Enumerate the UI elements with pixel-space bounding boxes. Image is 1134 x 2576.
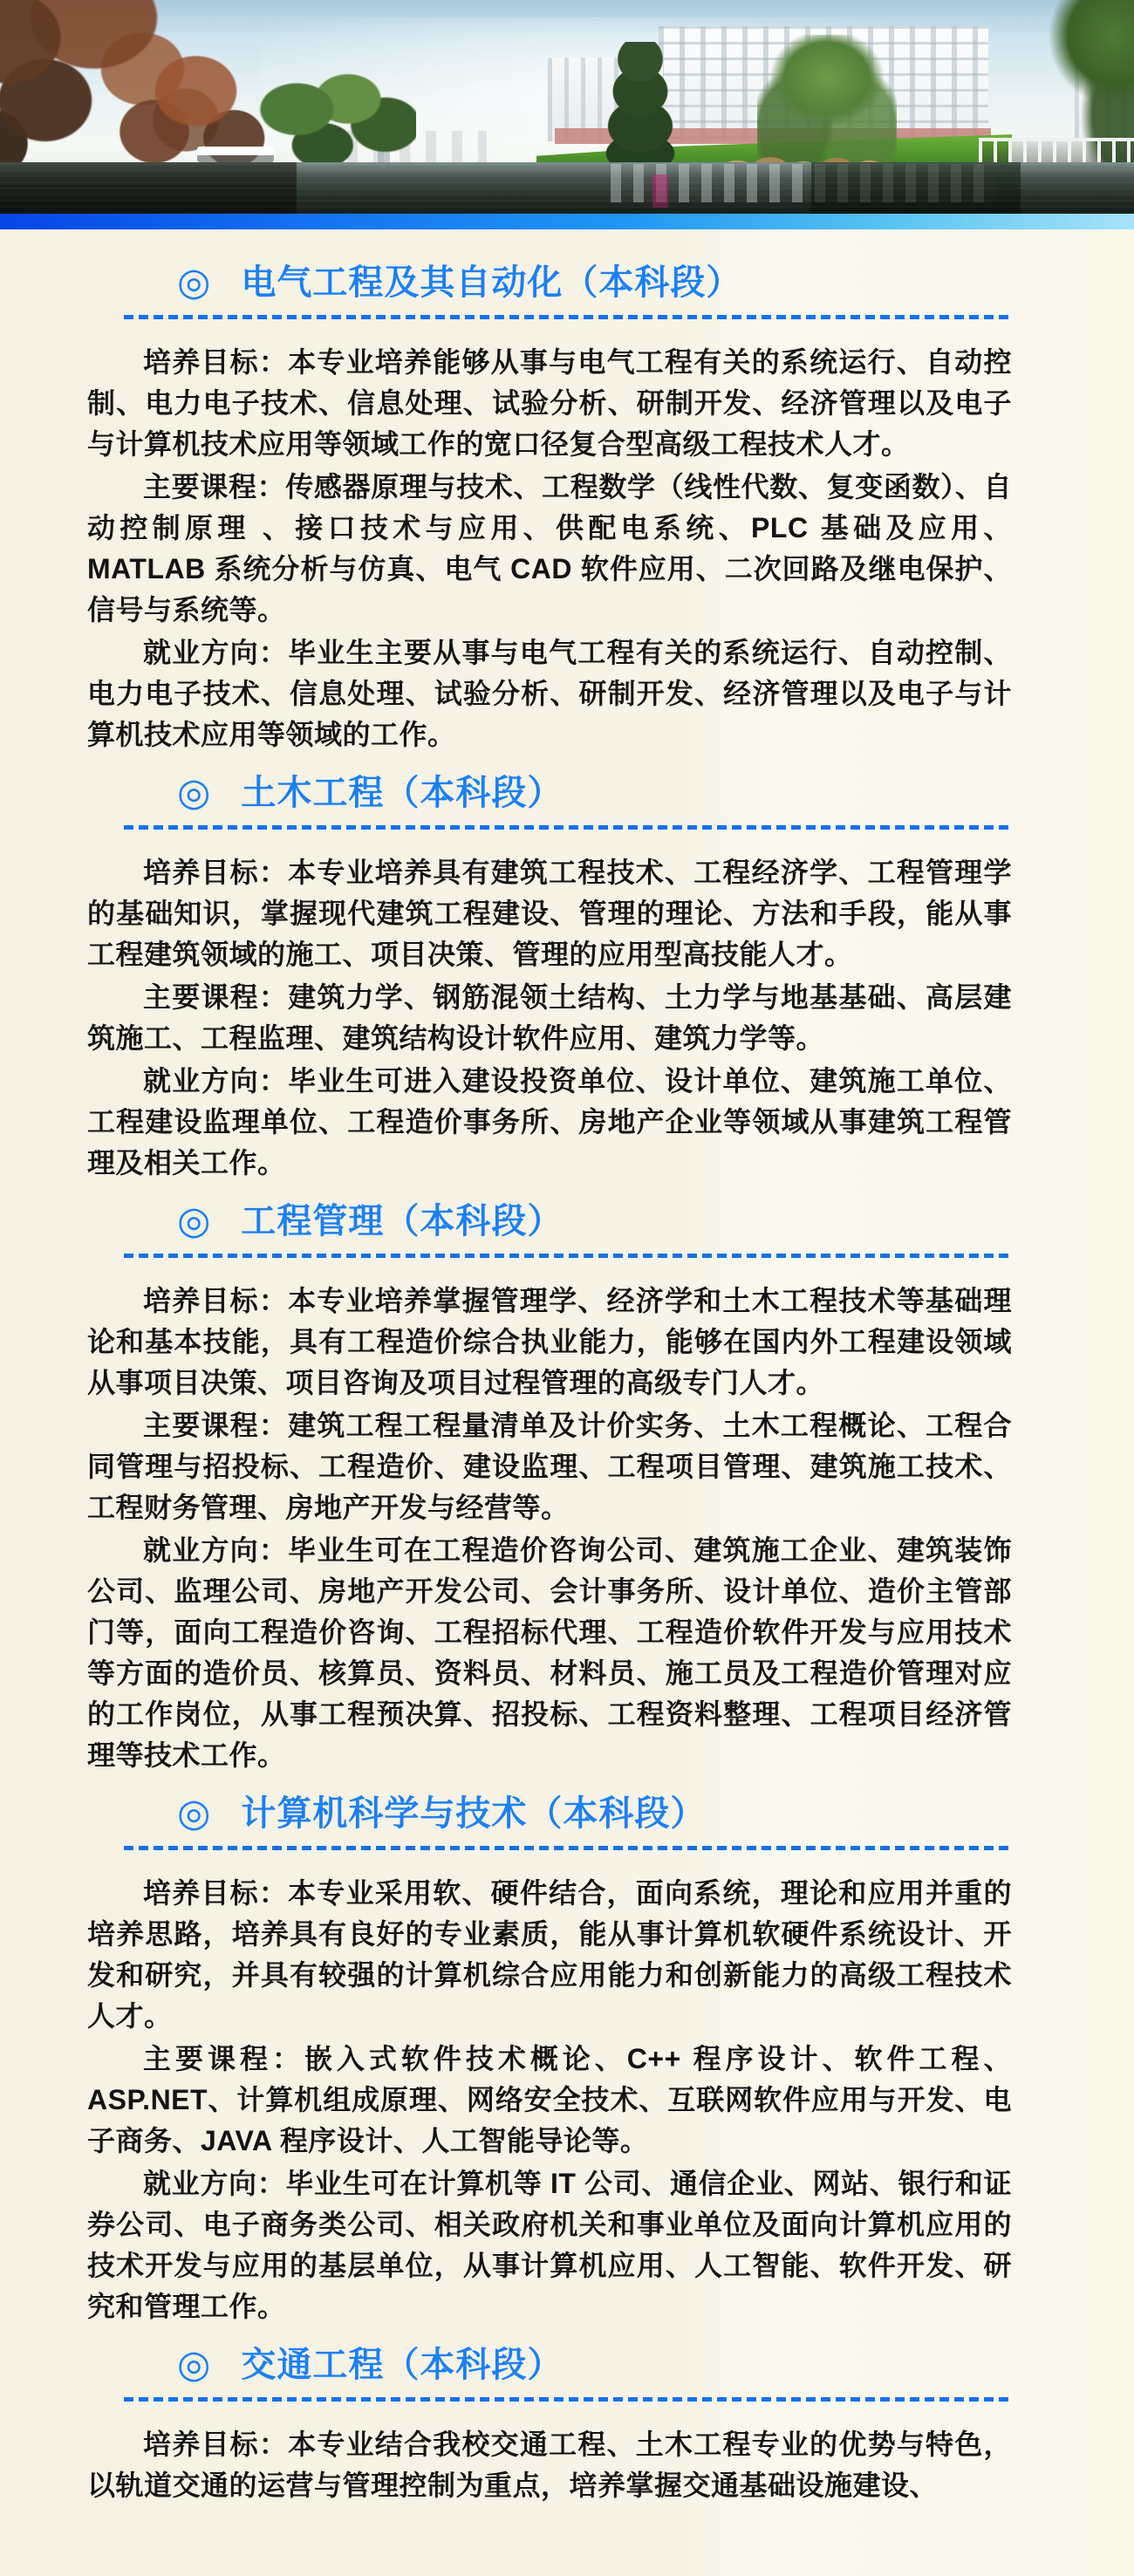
- content: ◎ 电气工程及其自动化（本科段） 培养目标：本专业培养能够从事与电气工程有关的系…: [0, 229, 1134, 2506]
- paragraph-career-direction: 就业方向：毕业生主要从事与电气工程有关的系统运行、自动控制、电力电子技术、信息处…: [87, 632, 1012, 755]
- section-civil-engineering: ◎ 土木工程（本科段） 培养目标：本专业培养具有建筑工程技术、工程经济学、工程管…: [87, 769, 1012, 1184]
- brochure-page: ◎ 电气工程及其自动化（本科段） 培养目标：本专业培养能够从事与电气工程有关的系…: [0, 0, 1134, 2576]
- bullseye-icon: ◎: [177, 2346, 211, 2384]
- section-traffic-engineering: ◎ 交通工程（本科段） 培养目标：本专业结合我校交通工程、土木工程专业的优势与特…: [87, 2341, 1012, 2506]
- section-title: 交通工程（本科段）: [241, 2341, 563, 2388]
- bullseye-icon: ◎: [177, 263, 211, 302]
- paragraph-training-objective: 培养目标：本专业培养掌握管理学、经济学和土木工程技术等基础理论和基本技能，具有工…: [87, 1281, 1012, 1404]
- section-computer-science: ◎ 计算机科学与技术（本科段） 培养目标：本专业采用软、硬件结合，面向系统，理论…: [87, 1790, 1012, 2327]
- section-heading: ◎ 工程管理（本科段）: [177, 1198, 1012, 1245]
- dashed-divider: [124, 1254, 1012, 1258]
- paragraph-training-objective: 培养目标：本专业培养具有建筑工程技术、工程经济学、工程管理学的基础知识，掌握现代…: [87, 852, 1012, 975]
- dashed-divider: [124, 825, 1012, 830]
- paragraph-career-direction: 就业方向：毕业生可在工程造价咨询公司、建筑施工企业、建筑装饰公司、监理公司、房地…: [87, 1530, 1012, 1776]
- paragraph-main-courses: 主要课程：传感器原理与技术、工程数学（线性代数、复变函数）、自动控制原理 、接口…: [87, 467, 1012, 631]
- paragraph-career-direction: 就业方向：毕业生可进入建设投资单位、设计单位、建筑施工单位、工程建设监理单位、工…: [87, 1061, 1012, 1184]
- section-heading: ◎ 土木工程（本科段）: [177, 769, 1012, 817]
- white-bridge: [197, 147, 274, 162]
- paragraph-training-objective: 培养目标：本专业采用软、硬件结合，面向系统，理论和应用并重的培养思路，培养具有良…: [87, 1873, 1012, 2037]
- section-heading: ◎ 交通工程（本科段）: [177, 2341, 1012, 2388]
- paragraph-main-courses: 主要课程：嵌入式软件技术概论、C++ 程序设计、软件工程、ASP.NET、计算机…: [87, 2039, 1012, 2162]
- section-title: 电气工程及其自动化（本科段）: [241, 259, 741, 306]
- section-engineering-management: ◎ 工程管理（本科段） 培养目标：本专业培养掌握管理学、经济学和土木工程技术等基…: [87, 1198, 1012, 1776]
- bullseye-icon: ◎: [177, 1794, 211, 1833]
- lake-water: [0, 162, 1134, 214]
- dashed-divider: [124, 2397, 1012, 2402]
- gradient-divider-bar: [0, 214, 1134, 229]
- pine-tree: [600, 42, 680, 166]
- water-ripples: [0, 162, 1134, 214]
- section-electrical-engineering: ◎ 电气工程及其自动化（本科段） 培养目标：本专业培养能够从事与电气工程有关的系…: [87, 259, 1012, 755]
- bullseye-icon: ◎: [177, 1202, 211, 1240]
- dashed-divider: [124, 315, 1012, 319]
- paragraph-main-courses: 主要课程：建筑力学、钢筋混领土结构、土力学与地基基础、高层建筑施工、工程监理、建…: [87, 977, 1012, 1059]
- campus-photo: [0, 0, 1134, 214]
- section-title: 工程管理（本科段）: [241, 1198, 563, 1245]
- section-title: 土木工程（本科段）: [241, 769, 563, 817]
- dashed-divider: [124, 1846, 1012, 1850]
- paragraph-main-courses: 主要课程：建筑工程工程量清单及计价实务、土木工程概论、工程合同管理与招投标、工程…: [87, 1405, 1012, 1528]
- paragraph-training-objective: 培养目标：本专业结合我校交通工程、土木工程专业的优势与特色，以轨道交通的运营与管…: [87, 2424, 1012, 2506]
- section-title: 计算机科学与技术（本科段）: [241, 1790, 706, 1837]
- bullseye-icon: ◎: [177, 774, 211, 812]
- content-background: ◎ 电气工程及其自动化（本科段） 培养目标：本专业培养能够从事与电气工程有关的系…: [0, 229, 1134, 2576]
- paragraph-career-direction: 就业方向：毕业生可在计算机等 IT 公司、通信企业、网站、银行和证券公司、电子商…: [87, 2163, 1012, 2327]
- section-heading: ◎ 电气工程及其自动化（本科段）: [177, 259, 1012, 306]
- paragraph-training-objective: 培养目标：本专业培养能够从事与电气工程有关的系统运行、自动控制、电力电子技术、信…: [87, 342, 1012, 465]
- section-heading: ◎ 计算机科学与技术（本科段）: [177, 1790, 1012, 1837]
